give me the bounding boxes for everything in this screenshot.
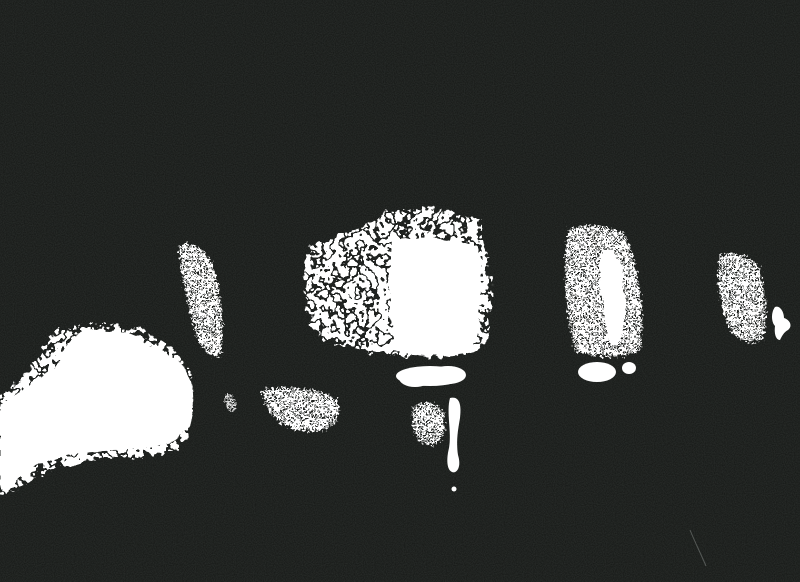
blob-right-bottom [578, 362, 616, 382]
abstract-ink-image [0, 0, 800, 582]
